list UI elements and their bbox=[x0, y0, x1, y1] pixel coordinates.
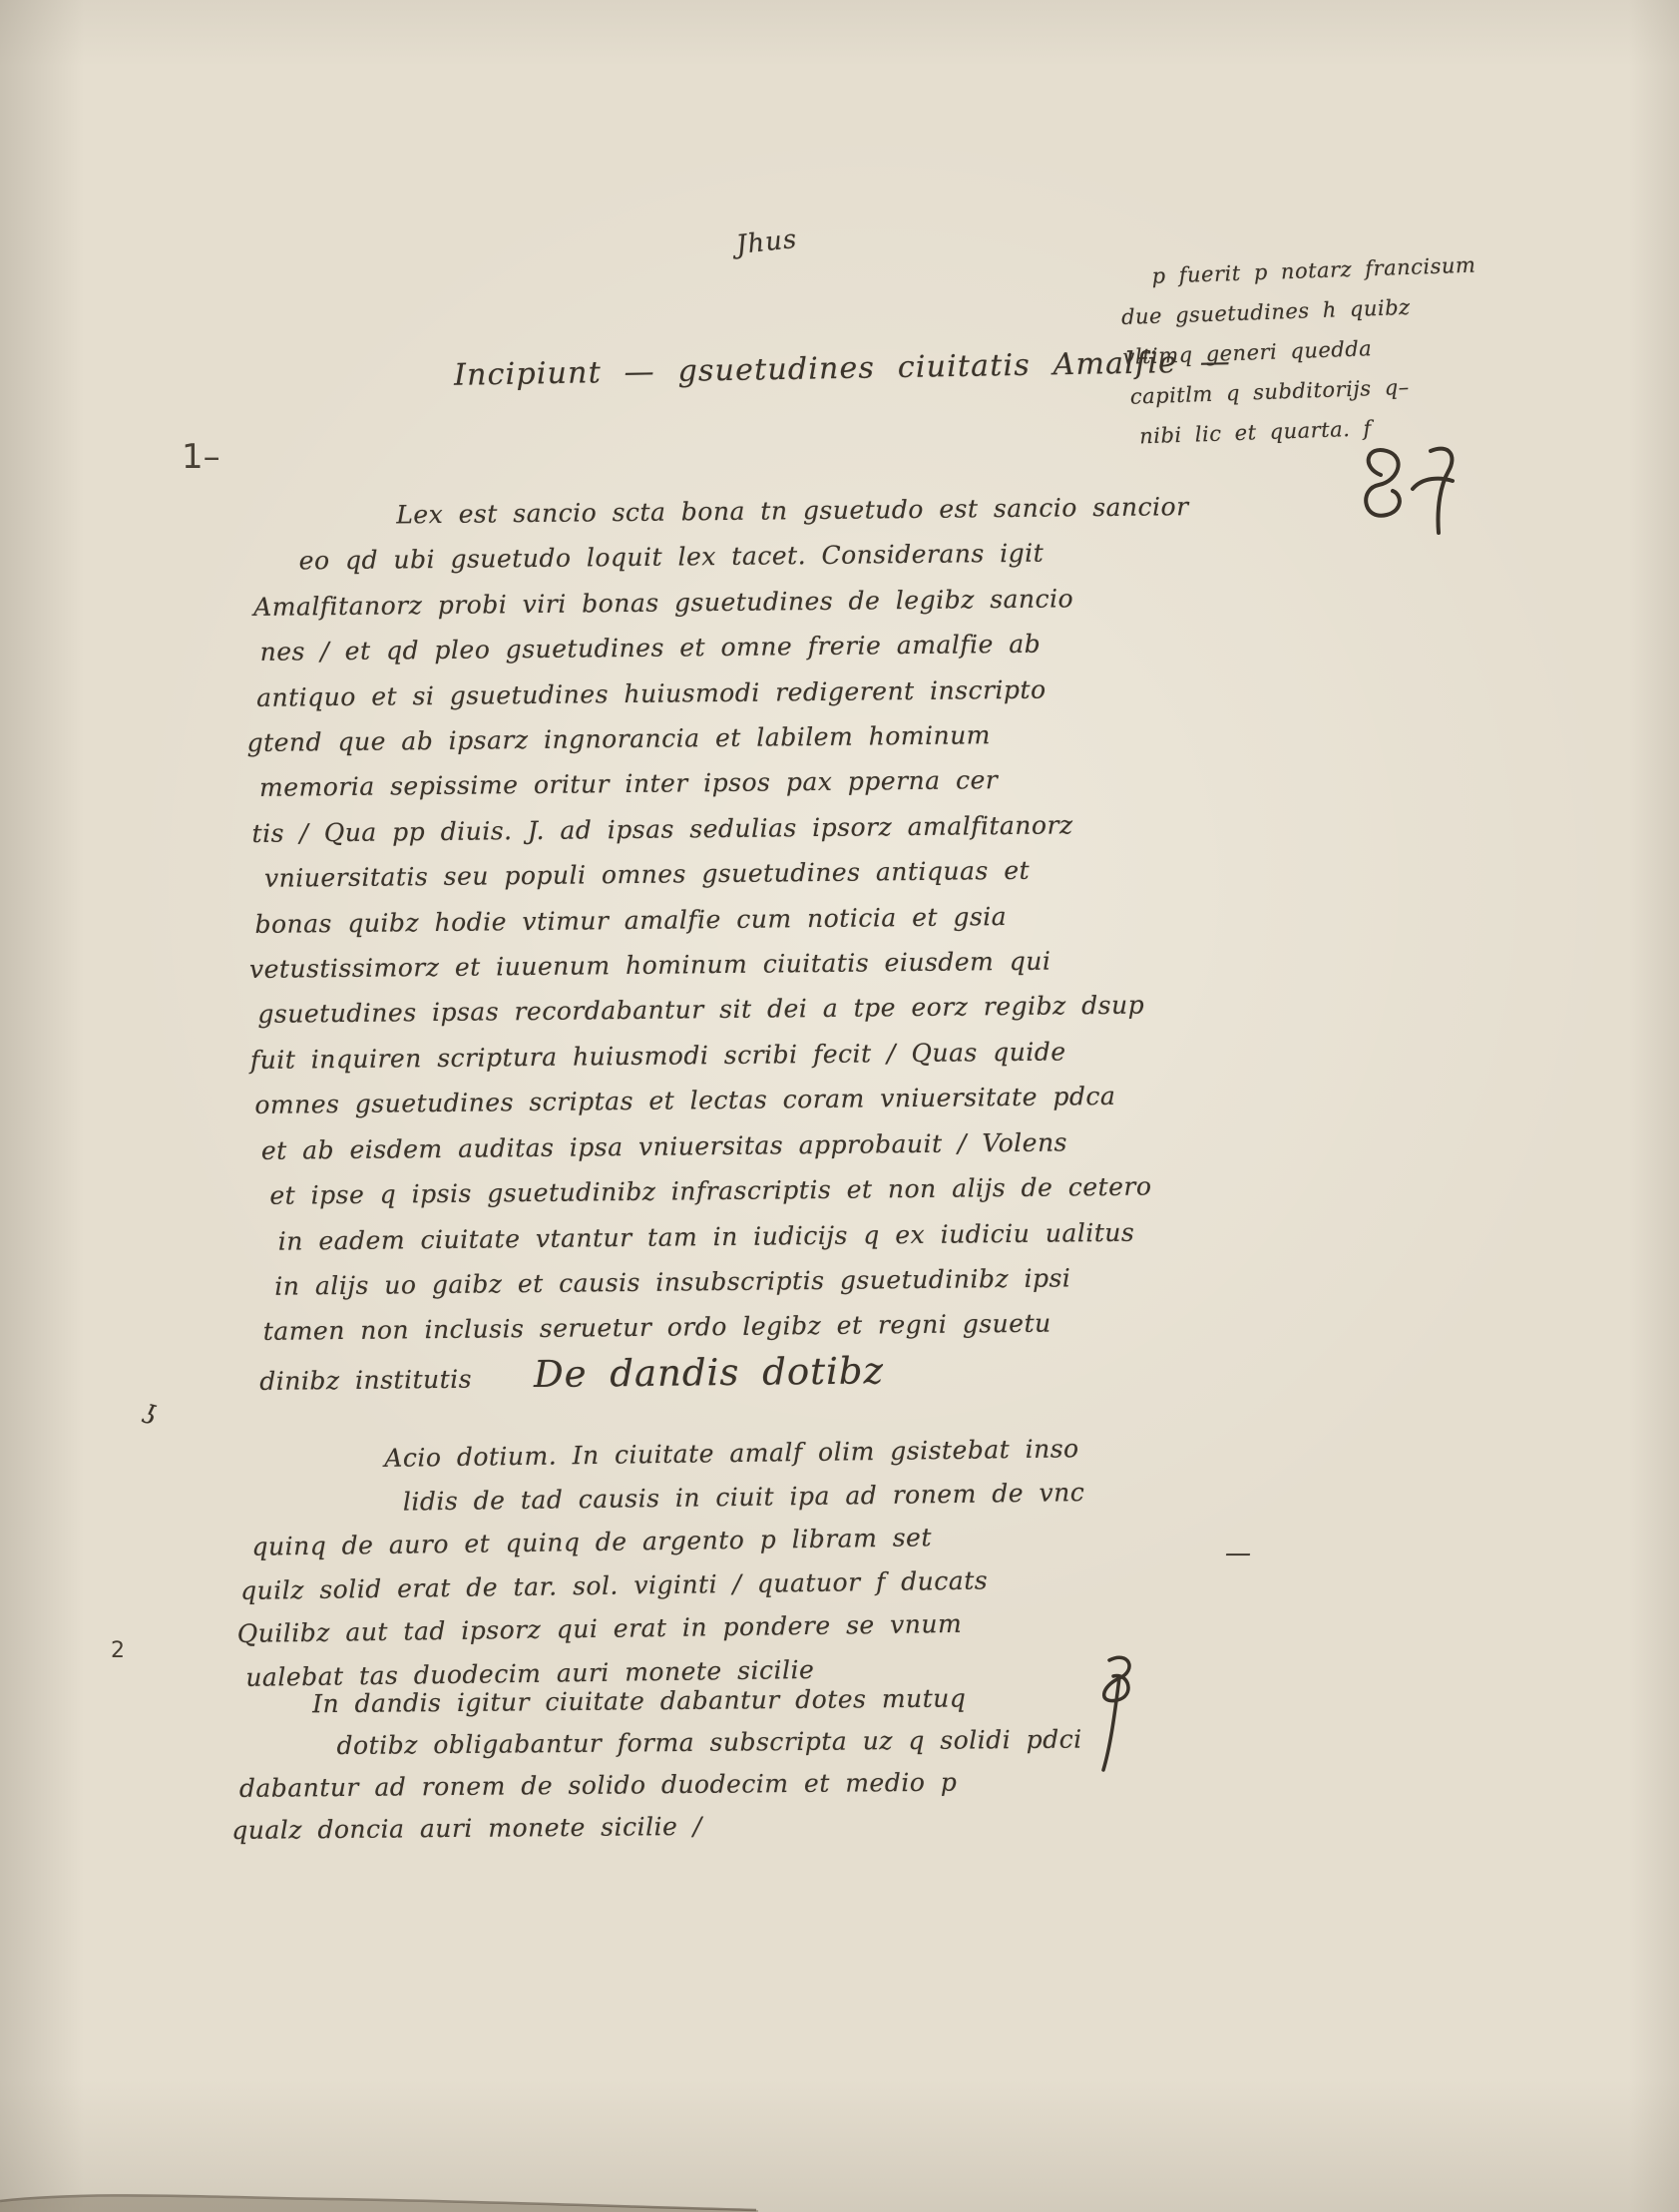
text-line: antiquo et si gsuetudines huiusmodi redi… bbox=[256, 665, 1174, 720]
margin-dash: — bbox=[1225, 1539, 1249, 1568]
dandis-paragraph: In dandis igitur ciuitate dabantur dotes… bbox=[224, 1676, 1183, 1852]
text-line: dotibz obligabantur forma subscripta uz … bbox=[336, 1718, 1182, 1767]
text-line: tamen non inclusis seruetur ordo legibz … bbox=[263, 1300, 1181, 1355]
invocation-monogram: Jhus bbox=[735, 224, 799, 260]
dotes-paragraph: Acio dotium. In ciuitate amalf olim gsis… bbox=[234, 1426, 1196, 1700]
margin-paragraph-mark: ʖ bbox=[140, 1400, 161, 1432]
text-line: qualz doncia auri monete sicilie / bbox=[231, 1802, 1183, 1852]
rubric-de-dandis-dotibus: De dandis dotibz bbox=[534, 1348, 884, 1397]
text-line-with-rubric: dinibz institutis De dandis dotibz bbox=[259, 1345, 1181, 1404]
opening-paragraph: Lex est sancio scta bona tn gsuetudo est… bbox=[244, 484, 1182, 1404]
paraph-flourish-icon bbox=[1353, 437, 1472, 547]
text-line: Lex est sancio scta bona tn gsuetudo est… bbox=[396, 484, 1172, 538]
marginal-note: p fuerit p notarz francisum due gsuetudi… bbox=[1119, 243, 1525, 457]
text-line: dinibz institutis bbox=[259, 1356, 472, 1404]
page-bottom-edge bbox=[0, 2188, 758, 2212]
folio-number: 1– bbox=[182, 437, 220, 477]
margin-number-2: 2 bbox=[111, 1638, 125, 1663]
ink-flourish-icon bbox=[1075, 1648, 1145, 1778]
page-title: Incipiunt — gsuetudines ciuitatis Amalfi… bbox=[454, 344, 1232, 393]
